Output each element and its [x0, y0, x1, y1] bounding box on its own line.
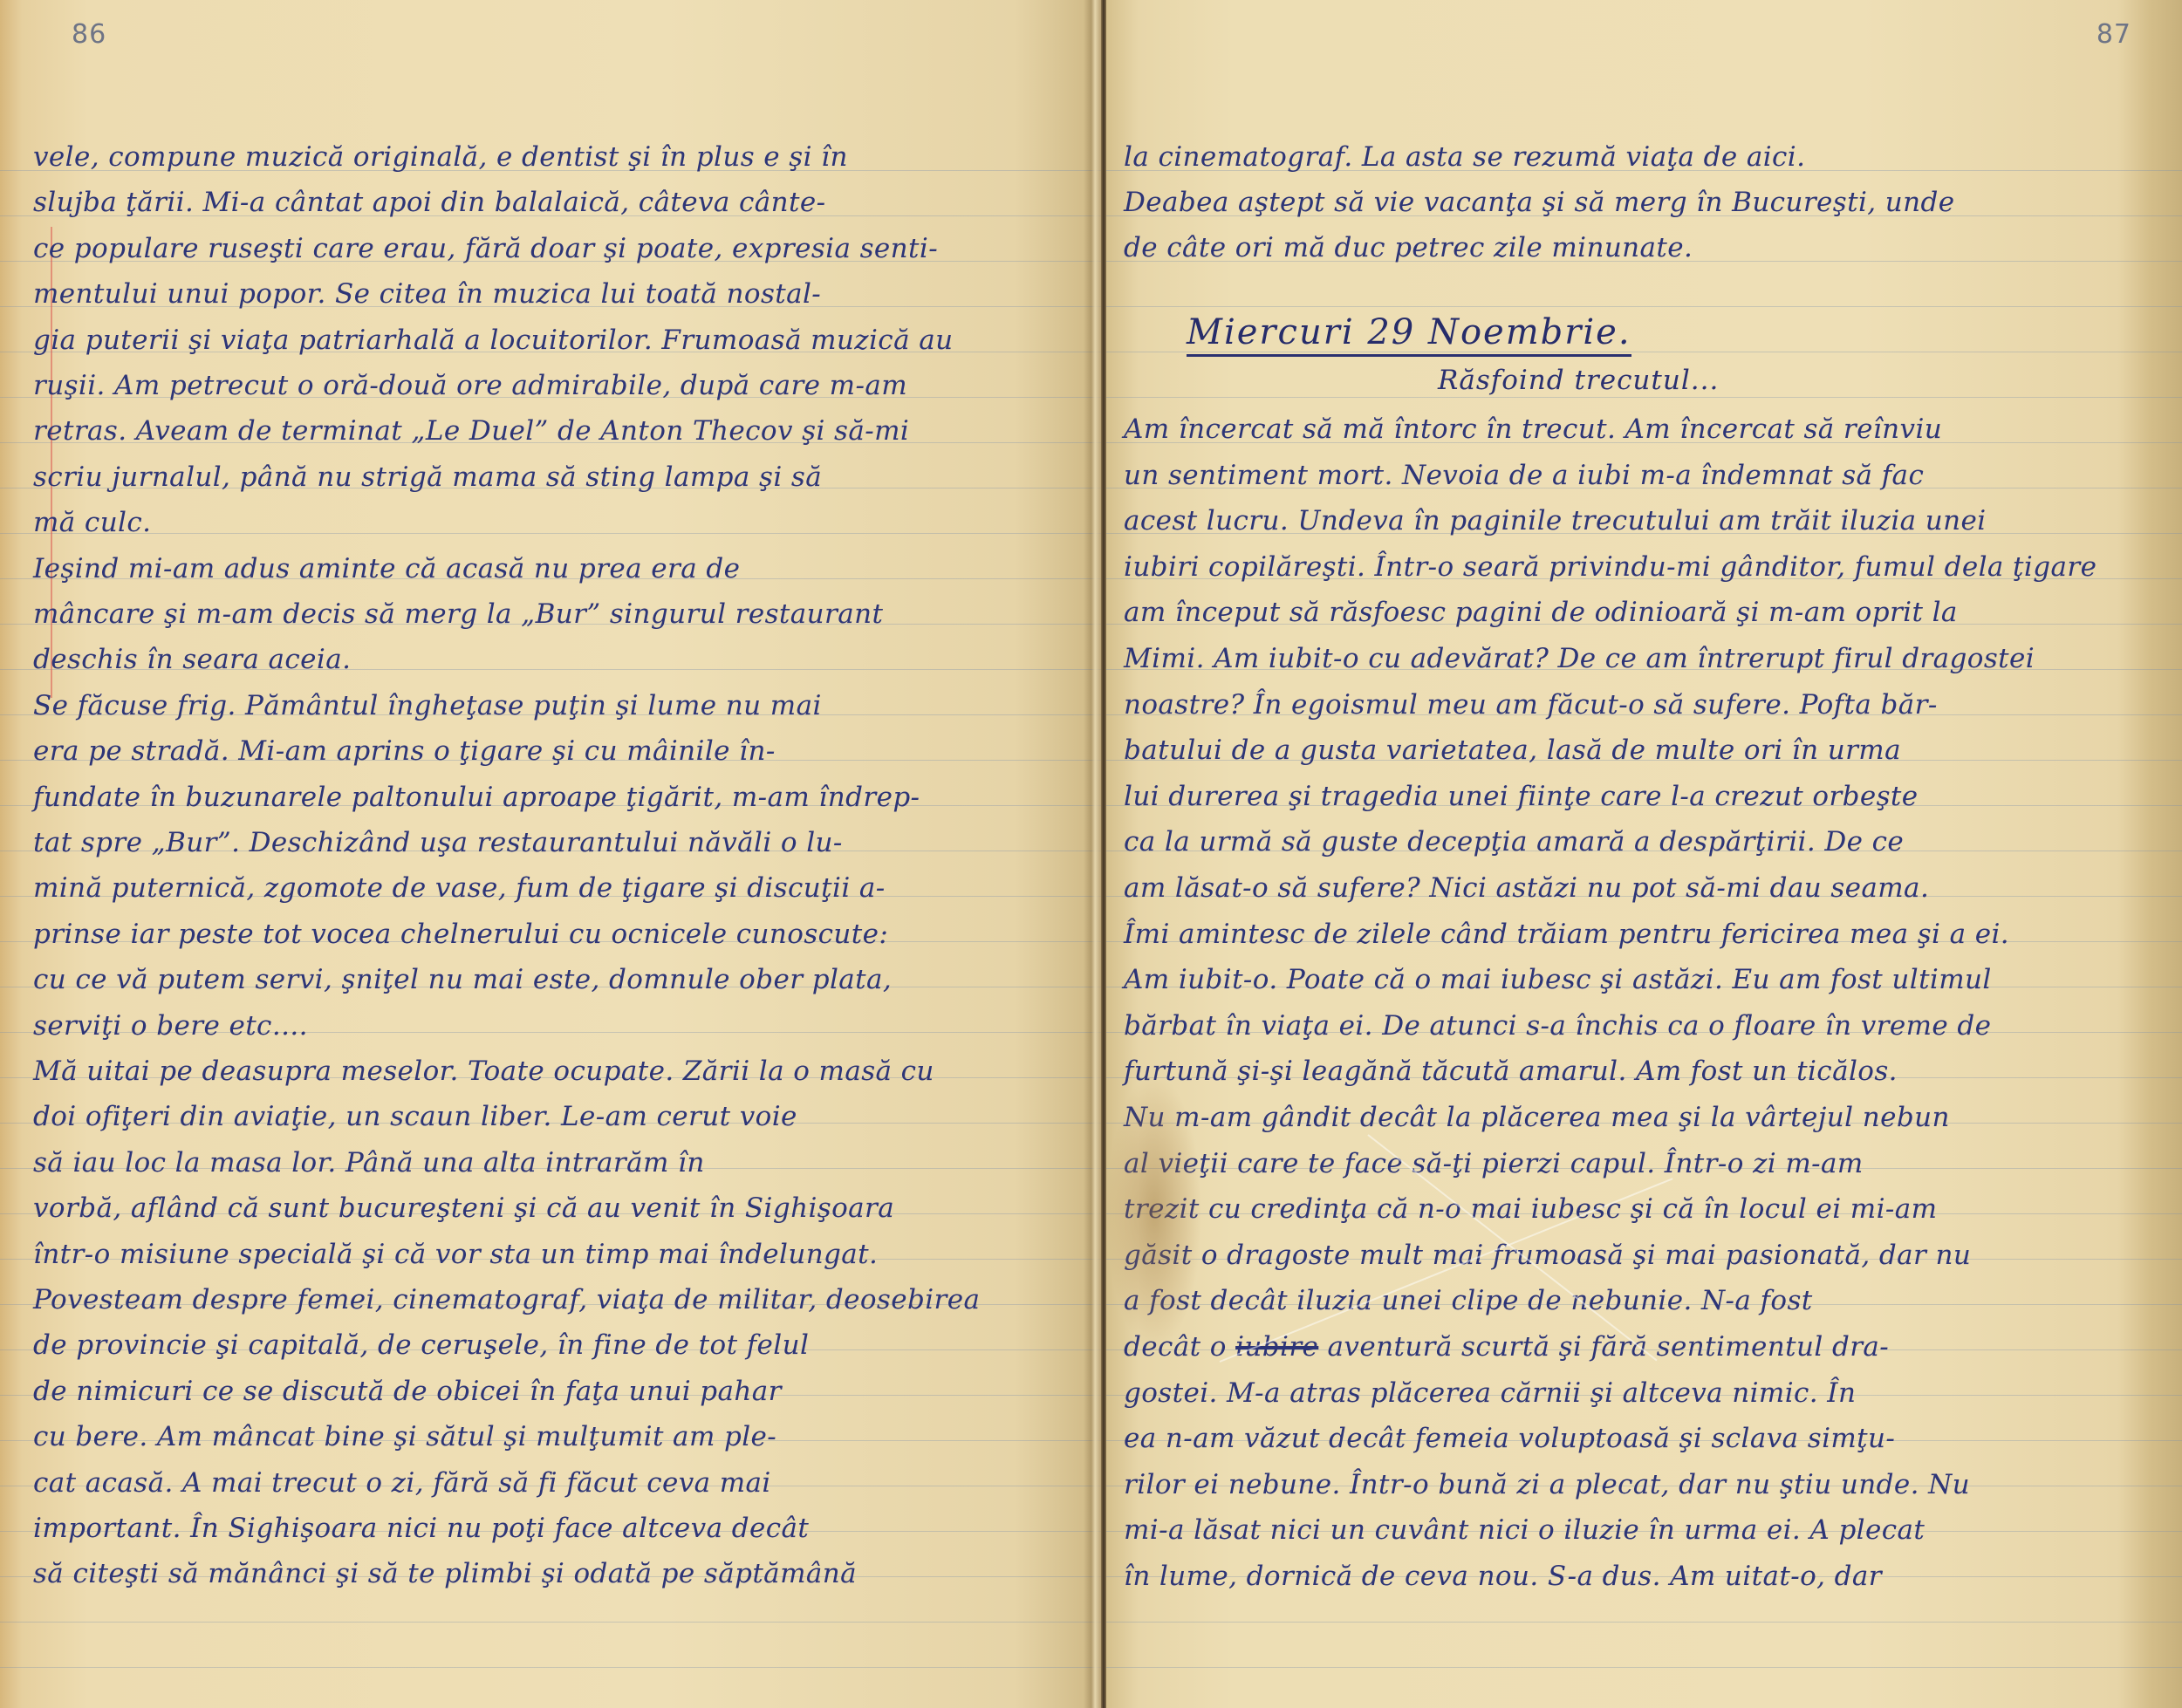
handwritten-line: doi ofiţeri din aviaţie, un scaun liber.…	[33, 1099, 797, 1134]
handwritten-line: prinse iar peste tot vocea chelnerului c…	[33, 917, 888, 952]
handwritten-line: deschis în seara aceia.	[33, 642, 351, 677]
handwritten-line: cat acasă. A mai trecut o zi, fără să fi…	[33, 1465, 771, 1500]
handwritten-line: de nimicuri ce se discută de obicei în f…	[33, 1374, 782, 1409]
handwritten-line: fundate în buzunarele paltonului aproape…	[33, 780, 920, 815]
handwritten-line: de câte ori mă duc petrec zile minunate.	[1124, 230, 1693, 265]
handwritten-line: mi-a lăsat nici un cuvânt nici o iluzie …	[1124, 1513, 1925, 1547]
handwritten-line: noastre? În egoismul meu am făcut-o să s…	[1124, 687, 1938, 722]
handwritten-line: important. În Sighişoara nici nu poţi fa…	[33, 1511, 809, 1546]
handwritten-line: cu ce vă putem servi, şniţel nu mai este…	[33, 962, 892, 997]
page-gutter-shadow	[1084, 0, 1103, 1708]
handwritten-line: în lume, dornică de ceva nou. S-a dus. A…	[1124, 1559, 1882, 1594]
water-stain	[1106, 1073, 1202, 1352]
entry-title: Răsfoind trecutul...	[1438, 365, 1719, 396]
handwritten-line: Am încercat să mă întorc în trecut. Am î…	[1124, 412, 1942, 447]
handwritten-line: Am iubit-o. Poate că o mai iubesc şi ast…	[1124, 962, 1992, 997]
handwritten-line: iubiri copilăreşti. Într-o seară privind…	[1124, 550, 2096, 584]
handwritten-line: Mă uitai pe deasupra meselor. Toate ocup…	[33, 1054, 934, 1089]
handwritten-line: Se făcuse frig. Pământul îngheţase puţin…	[33, 688, 822, 723]
handwritten-line: trezit cu credinţa că n-o mai iubesc şi …	[1124, 1192, 1937, 1226]
handwritten-line: mentului unui popor. Se citea în muzica …	[33, 277, 821, 311]
left-page: 86 vele, compune muzică originală, e den…	[0, 0, 1103, 1708]
handwritten-line: cu bere. Am mâncat bine şi sătul şi mulţ…	[33, 1419, 776, 1454]
entry-date-heading: Miercuri 29 Noembrie.	[1187, 312, 1631, 357]
handwritten-line: ca la urmă să guste decepţia amară a des…	[1124, 824, 1904, 859]
handwritten-line: acest lucru. Undeva în paginile trecutul…	[1124, 503, 1987, 538]
handwritten-line: retras. Aveam de terminat „Le Duel” de A…	[33, 413, 909, 448]
handwritten-line: Ieşind mi-am adus aminte că acasă nu pre…	[33, 551, 740, 586]
handwritten-line: vele, compune muzică originală, e dentis…	[33, 140, 848, 174]
page-number: 86	[72, 19, 106, 50]
handwritten-line: al vieţii care te face să-ţi pierzi capu…	[1124, 1146, 1864, 1181]
handwritten-line: să citeşti să mănânci şi să te plimbi şi…	[33, 1556, 857, 1591]
handwritten-line: mă culc.	[33, 505, 151, 540]
struck-out-word: iubire	[1235, 1331, 1318, 1363]
handwritten-line: Deabea aştept să vie vacanţa şi să merg …	[1124, 185, 1955, 220]
handwritten-line: gostei. M-a atras plăcerea cărnii şi alt…	[1124, 1376, 1856, 1411]
handwritten-line: decât o iubire aventură scurtă şi fără s…	[1124, 1329, 1889, 1364]
handwritten-line: ruşii. Am petrecut o oră-două ore admira…	[33, 368, 907, 403]
handwritten-line: să iau loc la masa lor. Până una alta in…	[33, 1145, 705, 1180]
handwritten-line: găsit o dragoste mult mai frumoasă şi ma…	[1124, 1238, 1971, 1273]
handwritten-line: am lăsat-o să sufere? Nici astăzi nu pot…	[1124, 871, 1929, 905]
handwritten-line: bărbat în viaţa ei. De atunci s-a închis…	[1124, 1008, 1991, 1043]
handwritten-line: serviţi o bere etc....	[33, 1008, 308, 1043]
handwritten-line: era pe stradă. Mi-am aprins o ţigare şi …	[33, 734, 776, 769]
handwritten-line: am început să răsfoesc pagini de odinioa…	[1124, 595, 1958, 630]
handwritten-line: furtună şi-şi leagănă tăcută amarul. Am …	[1124, 1054, 1898, 1089]
handwritten-line: scriu jurnalul, până nu strigă mama să s…	[33, 460, 822, 495]
handwritten-line: mâncare şi m-am decis să merg la „Bur” s…	[33, 597, 883, 632]
handwritten-line: tat spre „Bur”. Deschizând uşa restauran…	[33, 825, 843, 860]
handwritten-line: slujba ţării. Mi-a cântat apoi din balal…	[33, 185, 826, 220]
handwritten-line: a fost decât iluzia unei clipe de nebuni…	[1124, 1283, 1813, 1318]
handwritten-line: vorbă, aflând că sunt bucureşteni şi că …	[33, 1191, 894, 1226]
handwritten-line: Mimi. Am iubit-o cu adevărat? De ce am î…	[1124, 641, 2035, 676]
handwritten-line: rilor ei nebune. Într-o bună zi a plecat…	[1124, 1467, 1970, 1502]
handwritten-line: Povesteam despre femei, cinematograf, vi…	[33, 1282, 980, 1317]
handwritten-line: ce populare ruseşti care erau, fără doar…	[33, 231, 938, 266]
handwritten-line: mină puternică, zgomote de vase, fum de …	[33, 871, 886, 905]
page-number: 87	[2096, 19, 2131, 50]
handwritten-line: Îmi amintesc de zilele când trăiam pentr…	[1124, 917, 2009, 952]
handwritten-line: de provincie şi capitală, de ceruşele, î…	[33, 1328, 809, 1363]
handwritten-line: Nu m-am gândit decât la plăcerea mea şi …	[1124, 1100, 1950, 1135]
handwritten-line: batului de a gusta varietatea, lasă de m…	[1124, 733, 1901, 768]
handwritten-line: într-o misiune specială şi că vor sta un…	[33, 1237, 878, 1272]
handwritten-line: lui durerea şi tragedia unei fiinţe care…	[1124, 779, 1919, 814]
handwritten-line: gia puterii şi viaţa patriarhală a locui…	[33, 323, 953, 358]
right-page: 87 la cinematograf. La asta se rezumă vi…	[1106, 0, 2182, 1708]
handwritten-line: la cinematograf. La asta se rezumă viaţa…	[1124, 140, 1805, 174]
handwritten-line: un sentiment mort. Nevoia de a iubi m-a …	[1124, 458, 1924, 493]
notebook-spread: 86 vele, compune muzică originală, e den…	[0, 0, 2182, 1708]
handwritten-line: ea n-am văzut decât femeia voluptoasă şi…	[1124, 1421, 1895, 1456]
